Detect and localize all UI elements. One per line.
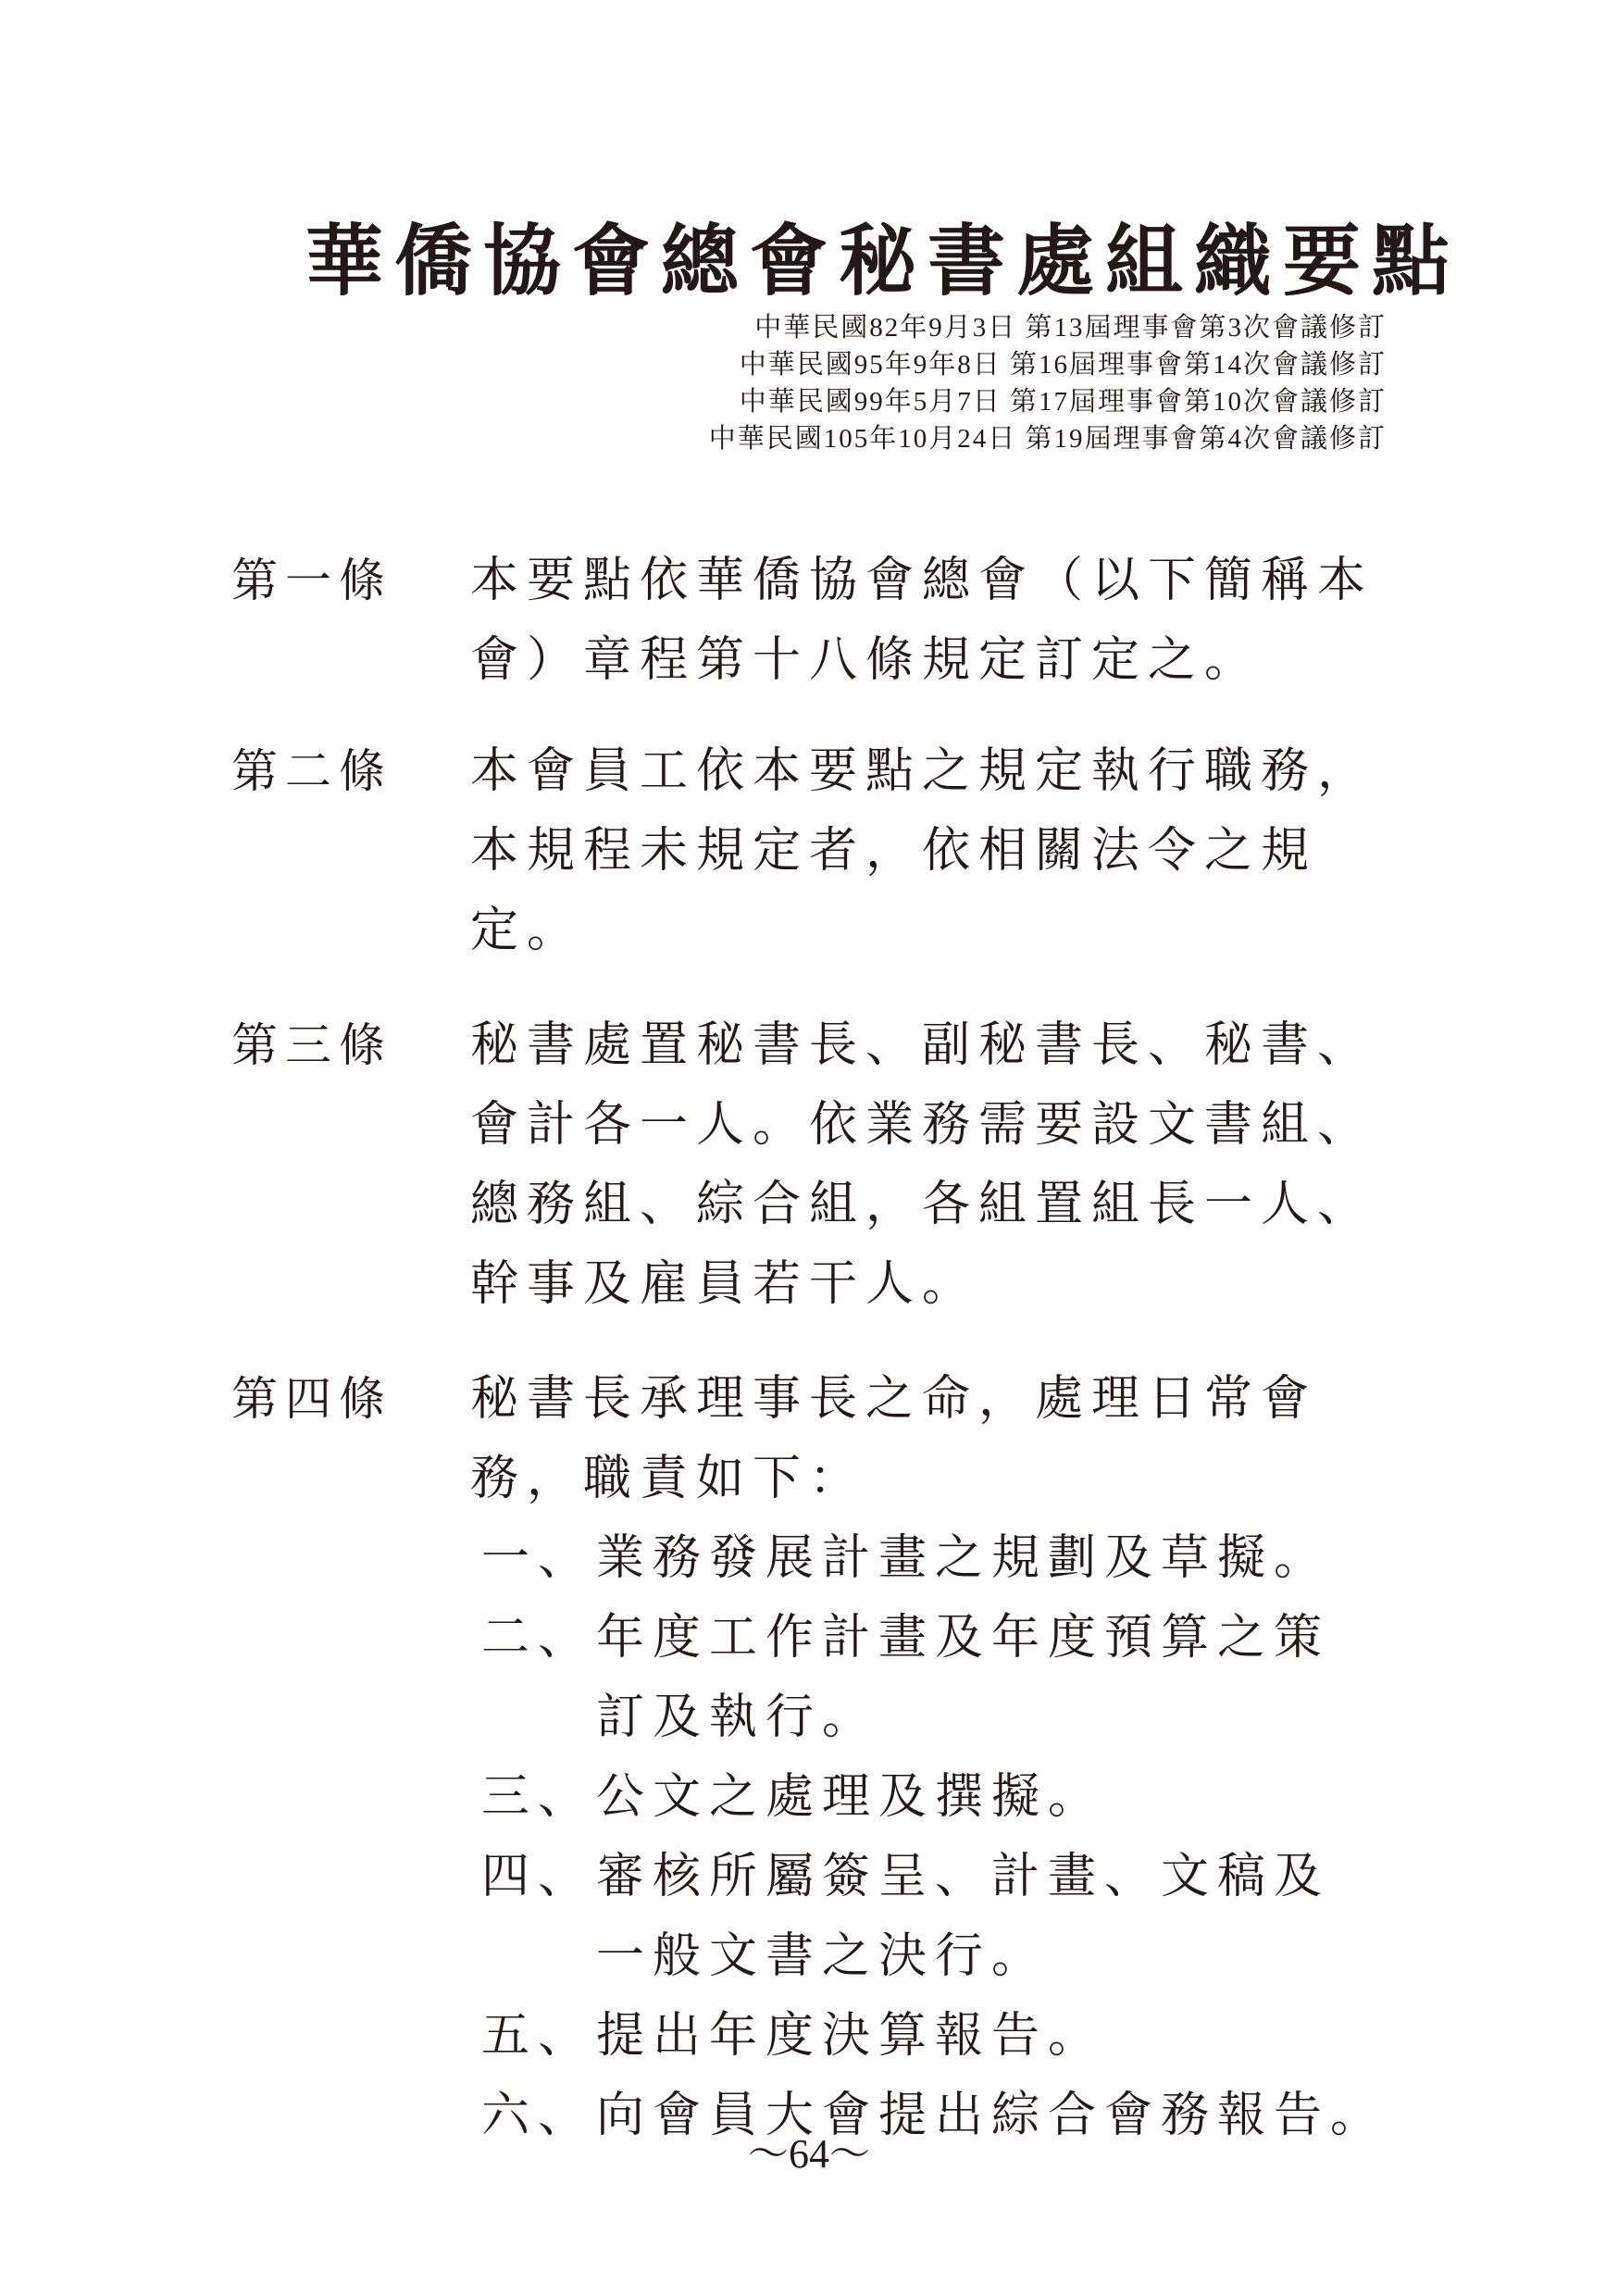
article-body: 本要點依華僑協會總會（以下簡稱本 會）章程第十八條規定訂定之。: [470, 541, 1396, 700]
revision-line: 中華民國99年5月7日 第17屆理事會第10次會議修訂: [709, 383, 1387, 420]
duty-item-number: 二、: [481, 1598, 594, 1678]
duty-item-text: 年度工作計畫及年度預算之策: [596, 1598, 1398, 1678]
article-line: 秘書長承理事長之命，處理日常會: [470, 1359, 1396, 1439]
article-line: 會計各一人。依業務需要設文書組、: [470, 1085, 1396, 1165]
duty-item-text: 訂及執行。: [596, 1678, 1398, 1757]
duty-item-number: 三、: [481, 1757, 594, 1837]
article-label: 第三條: [231, 1005, 392, 1085]
duty-item: 一、 業務發展計畫之規劃及草擬。: [481, 1518, 1398, 1598]
duty-item: 四、 審核所屬簽呈、計畫、文稿及 一般文書之決行。: [481, 1837, 1398, 1996]
article-label: 第二條: [231, 731, 392, 811]
duty-item-text: 提出年度決算報告。: [596, 1996, 1398, 2076]
article-body: 秘書長承理事長之命，處理日常會 務，職責如下：: [470, 1359, 1396, 1518]
revision-line: 中華民國95年9年8日 第16屆理事會第14次會議修訂: [709, 346, 1387, 383]
revision-line: 中華民國82年9月3日 第13屆理事會第3次會議修訂: [709, 309, 1387, 346]
article-line: 本要點依華僑協會總會（以下簡稱本: [470, 541, 1396, 620]
duty-item-number: 四、: [481, 1837, 594, 1916]
duty-item: 五、 提出年度決算報告。: [481, 1996, 1398, 2076]
duty-item-text: 審核所屬簽呈、計畫、文稿及: [596, 1837, 1398, 1916]
article-label: 第一條: [231, 541, 392, 620]
duty-item-text: 公文之處理及撰擬。: [596, 1757, 1398, 1837]
duty-item: 二、 年度工作計畫及年度預算之策 訂及執行。: [481, 1598, 1398, 1757]
article-line: 務，職責如下：: [470, 1439, 1396, 1518]
article-line: 秘書處置秘書長、副秘書長、秘書、: [470, 1005, 1396, 1085]
document-title: 華僑協會總會秘書處組織要點: [305, 215, 1324, 307]
duty-list: 一、 業務發展計畫之規劃及草擬。 二、 年度工作計畫及年度預算之策 訂及執行。 …: [481, 1518, 1398, 2155]
duty-item: 三、 公文之處理及撰擬。: [481, 1757, 1398, 1837]
revision-history: 中華民國82年9月3日 第13屆理事會第3次會議修訂 中華民國95年9年8日 第…: [709, 309, 1387, 457]
article-line: 會）章程第十八條規定訂定之。: [470, 620, 1396, 700]
revision-line: 中華民國105年10月24日 第19屆理事會第4次會議修訂: [709, 420, 1387, 457]
article-line: 本規程未規定者，依相關法令之規: [470, 811, 1396, 891]
article-line: 幹事及雇員若干人。: [470, 1244, 1396, 1324]
duty-item-number: 五、: [481, 1996, 594, 2076]
article-line: 總務組、綜合組，各組置組長一人、: [470, 1165, 1396, 1244]
duty-item-text: 一般文書之決行。: [596, 1916, 1398, 1996]
article-line: 定。: [470, 891, 1396, 970]
duty-item-text: 業務發展計畫之規劃及草擬。: [596, 1518, 1398, 1598]
page-number: ～64～: [0, 2120, 1618, 2179]
article-body: 秘書處置秘書長、副秘書長、秘書、 會計各一人。依業務需要設文書組、 總務組、綜合…: [470, 1005, 1396, 1324]
article-label: 第四條: [231, 1359, 392, 1439]
article-line: 本會員工依本要點之規定執行職務，: [470, 731, 1396, 811]
duty-item-number: 一、: [481, 1518, 594, 1598]
article-body: 本會員工依本要點之規定執行職務， 本規程未規定者，依相關法令之規 定。: [470, 731, 1396, 970]
